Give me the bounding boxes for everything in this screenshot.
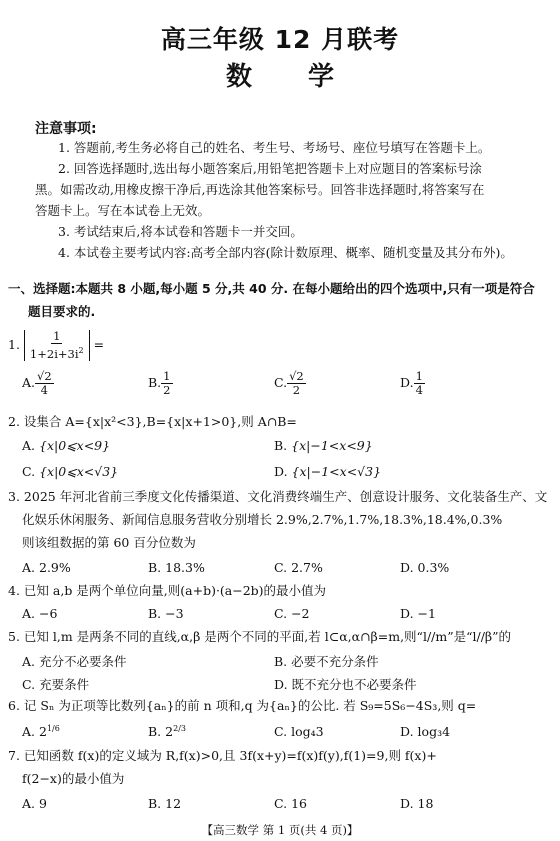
- option-b: B. 必要不充分条件: [274, 652, 379, 670]
- option-a: A. 21/6: [22, 724, 60, 739]
- option-d: D. 既不充分也不必要条件: [274, 675, 417, 693]
- question-5: 5. 已知 l,m 是两条不同的直线,α,β 是两个不同的平面,若 l⊂α,α∩…: [8, 629, 511, 645]
- option-d: D. −1: [400, 606, 436, 621]
- option-d: D. log₃4: [400, 724, 450, 739]
- subject-char: 学: [308, 56, 334, 93]
- question-7: 7. 已知函数 f(x)的定义域为 R,f(x)>0,且 3f(x+y)=f(x…: [8, 748, 437, 764]
- option-a: A.√24: [22, 370, 54, 397]
- option-d: D. {x|−1<x<√3}: [274, 464, 381, 479]
- question-number: 1.: [8, 337, 20, 352]
- subject-char: 数: [226, 56, 252, 93]
- option-b: B. {x|−1<x<9}: [274, 438, 373, 453]
- question-1: 1. 1 1+2i+3i2 =: [8, 330, 104, 361]
- question-6: 6. 记 Sₙ 为正项等比数列{aₙ}的前 n 项和,q 为{aₙ}的公比. 若…: [8, 698, 476, 714]
- option-a: A. 9: [22, 796, 47, 811]
- page-footer: 【高三数学 第 1 页(共 4 页)】: [0, 822, 560, 838]
- section-heading-cont: 题目要求的.: [28, 304, 95, 320]
- notice-line: 3. 考试结束后,将本试卷和答题卡一并交回。: [58, 224, 303, 240]
- option-d: D.14: [400, 370, 425, 397]
- option-c: C. 充要条件: [22, 675, 89, 693]
- question-3: 3. 2025 年河北省前三季度文化传播渠道、文化消费终端生产、创意设计服务、文…: [8, 489, 547, 505]
- notice-heading: 注意事项:: [35, 118, 97, 138]
- fraction: 1 1+2i+3i2: [28, 330, 86, 361]
- exam-title: 高三年级 12 月联考: [0, 20, 560, 56]
- notice-line: 1. 答题前,考生务必将自己的姓名、考生号、考场号、座位号填写在答题卡上。: [58, 140, 490, 156]
- question-4: 4. 已知 a,b 是两个单位向量,则(a+b)·(a−2b)的最小值为: [8, 583, 326, 599]
- option-b: B. 22/3: [148, 724, 186, 739]
- question-3-cont: 则该组数据的第 60 百分位数为: [22, 535, 196, 551]
- option-a: A. −6: [22, 606, 57, 621]
- option-b: B.12: [148, 370, 173, 397]
- option-c: C. 2.7%: [274, 560, 323, 575]
- option-a: A. 2.9%: [22, 560, 71, 575]
- notice-line: 答题卡上。写在本试卷上无效。: [35, 203, 210, 219]
- notice-line: 黑。如需改动,用橡皮擦干净后,再选涂其他答案标号。回答非选择题时,将答案写在: [35, 182, 484, 198]
- option-c: C.√22: [274, 370, 306, 397]
- option-a: A. 充分不必要条件: [22, 652, 127, 670]
- option-b: B. −3: [148, 606, 184, 621]
- notice-line: 4. 本试卷主要考试内容:高考全部内容(除计数原理、概率、随机变量及其分布外)。: [58, 245, 513, 261]
- option-c: C. −2: [274, 606, 310, 621]
- question-7-cont: f(2−x)的最小值为: [22, 771, 124, 787]
- option-c: C. {x|0⩽x<√3}: [22, 464, 118, 479]
- option-c: C. log₄3: [274, 724, 324, 739]
- notice-line: 2. 回答选择题时,选出每小题答案后,用铅笔把答题卡上对应题目的答案标号涂: [58, 161, 482, 177]
- option-d: D. 18: [400, 796, 433, 811]
- question-2: 2. 设集合 A={x|x²<3},B={x|x+1>0},则 A∩B=: [8, 414, 297, 430]
- exam-page: 高三年级 12 月联考 数学 注意事项: 1. 答题前,考生务必将自己的姓名、考…: [0, 0, 560, 841]
- option-b: B. 12: [148, 796, 181, 811]
- option-d: D. 0.3%: [400, 560, 449, 575]
- option-a: A. {x|0⩽x<9}: [22, 438, 110, 453]
- abs-value: 1 1+2i+3i2: [24, 330, 90, 361]
- section-heading: 一、选择题:本题共 8 小题,每小题 5 分,共 40 分. 在每小题给出的四个…: [8, 281, 535, 297]
- option-c: C. 16: [274, 796, 307, 811]
- question-3-cont: 化娱乐休闲服务、新闻信息服务营收分别增长 2.9%,2.7%,1.7%,18.3…: [22, 512, 502, 528]
- subject-title: 数学: [0, 56, 560, 93]
- option-b: B. 18.3%: [148, 560, 205, 575]
